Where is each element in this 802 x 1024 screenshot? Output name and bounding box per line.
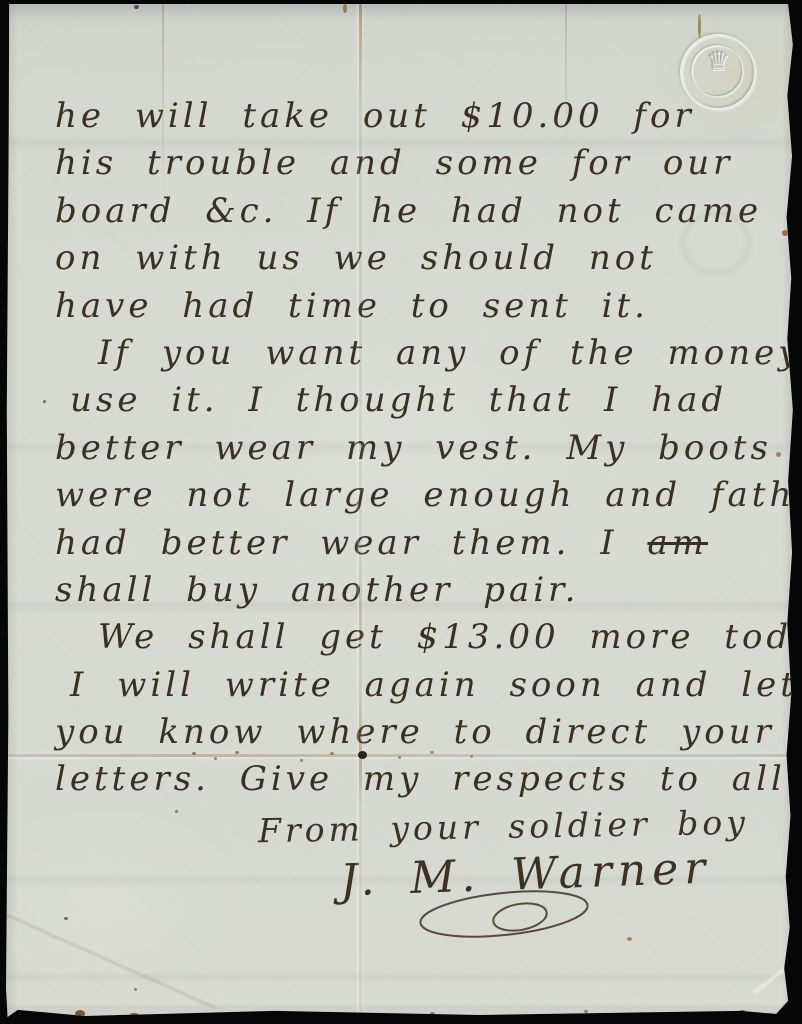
letter-line: had better wear them. I am: [6, 521, 796, 568]
stain-speck: [738, 1010, 747, 1017]
letter-line: were not large enough and father: [6, 473, 796, 520]
stain-speck: [134, 988, 137, 991]
stain-speck: [144, 1015, 150, 1020]
letter-body: he will take out $10.00 forhis trouble a…: [6, 94, 796, 805]
diagonal-crease-bottom-left: [0, 905, 216, 1009]
letter-line: We shall get $13.00 more today.: [6, 615, 796, 662]
stain-speck: [128, 1013, 140, 1021]
stain-speck: [698, 14, 701, 38]
letter-line: I will write again soon and let: [6, 663, 796, 710]
stain-speck: [584, 1010, 588, 1013]
stain-speck: [64, 917, 68, 920]
stain-speck: [134, 5, 139, 9]
letter-line: use it. I thought that I had: [6, 378, 796, 425]
letter-line: shall buy another pair.: [6, 568, 796, 615]
struck-word: am: [647, 523, 708, 563]
stain-speck: [430, 1012, 435, 1016]
stain-speck: [286, 1016, 294, 1022]
letter-line: have had time to sent it.: [6, 284, 796, 331]
crown-icon: ♛: [682, 49, 754, 75]
scanned-letter-page: ♛ he will take out $10.00 forhis trouble…: [0, 0, 802, 1024]
letter-line: you know where to direct your: [6, 710, 796, 757]
letter-line: on with us we should not: [6, 236, 796, 283]
letter-line: his trouble and some for our: [6, 141, 796, 188]
stain-speck: [640, 1012, 646, 1016]
letter-line: If you want any of the money: [6, 331, 796, 378]
stain-speck: [343, 4, 347, 13]
stain-speck: [627, 937, 632, 941]
corner-fold-bottom-right: [753, 937, 802, 995]
stain-speck: [75, 1010, 85, 1018]
letter-paper: ♛ he will take out $10.00 forhis trouble…: [6, 4, 796, 1019]
letter-line: he will take out $10.00 for: [6, 94, 796, 141]
stain-speck: [175, 810, 178, 813]
letter-line: better wear my vest. My boots: [6, 426, 796, 473]
letter-line: letters. Give my respects to all: [6, 757, 796, 804]
signature-flourish: [404, 886, 604, 946]
letter-line: board &c. If he had not came: [6, 189, 796, 236]
